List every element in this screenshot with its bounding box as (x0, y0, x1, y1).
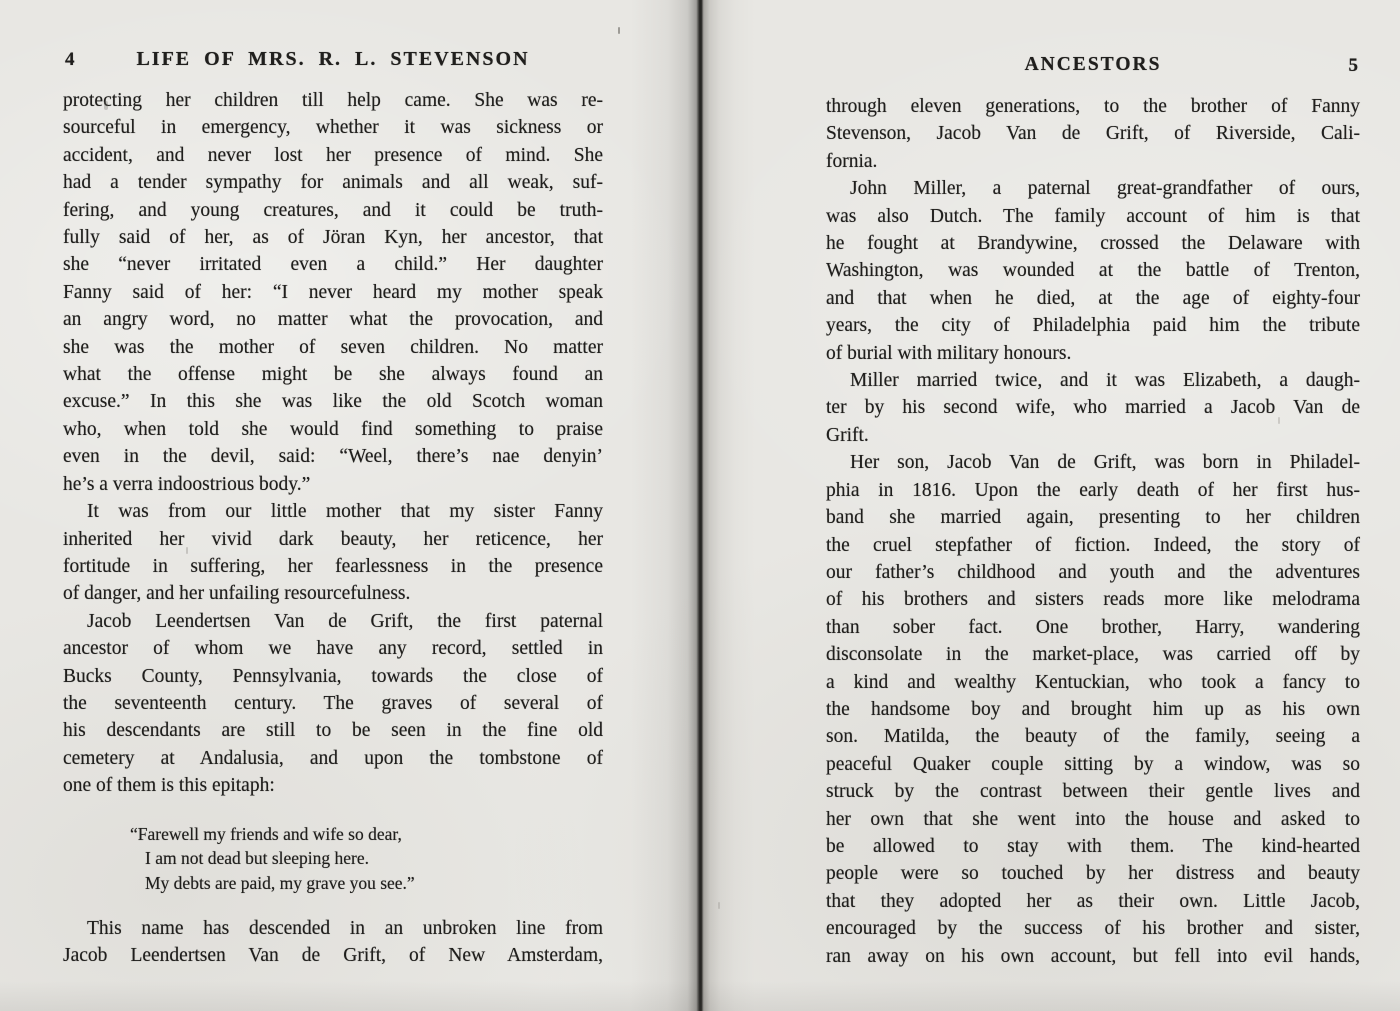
text-line: had a tender sympathy for animals and al… (63, 169, 603, 196)
paragraph: Miller married twice, and it was Elizabe… (826, 367, 1360, 449)
text-line: be allowed to stay with them. The kind-h… (826, 833, 1360, 860)
text-line: My debts are paid, my grave you see.” (145, 871, 603, 896)
text-line: phia in 1816. Upon the early death of he… (826, 477, 1360, 504)
text-line: Miller married twice, and it was Elizabe… (826, 367, 1360, 394)
epitaph-verse: “Farewell my friends and wife so dear,I … (145, 822, 603, 896)
text-line: band she married again, presenting to he… (826, 504, 1360, 531)
text-line: Jacob Leendertsen Van de Grift, of New A… (63, 942, 603, 969)
paragraph: John Miller, a paternal great-grandfathe… (826, 175, 1360, 367)
bottom-shadow (0, 981, 1400, 1011)
page-header-right: ANCESTORS 5 (826, 54, 1360, 81)
scan-speckles (618, 27, 620, 34)
paragraph: This name has descended in an unbroken l… (63, 915, 603, 970)
text-line: fully said of her, as of Jöran Kyn, her … (63, 224, 603, 251)
text-line: It was from our little mother that my si… (63, 498, 603, 525)
text-line: accident, and never lost her presence of… (63, 142, 603, 169)
running-title-right: ANCESTORS (826, 54, 1360, 76)
text-line: This name has descended in an unbroken l… (63, 915, 603, 942)
text-line: Her son, Jacob Van de Grift, was born in… (826, 449, 1360, 476)
text-line: her own that she went into the house and… (826, 806, 1360, 833)
text-line: even in the devil, said: “Weel, there’s … (63, 443, 603, 470)
text-line: Fanny said of her: “I never heard my mot… (63, 279, 603, 306)
text-line: disconsolate in the market-place, was ca… (826, 641, 1360, 668)
text-line: years, the city of Philadelphia paid him… (826, 312, 1360, 339)
page-right: ANCESTORS 5 through eleven generations, … (826, 54, 1360, 970)
text-line: a kind and wealthy Kentuckian, who took … (826, 669, 1360, 696)
text-line: sourceful in emergency, whether it was s… (63, 114, 603, 141)
text-line: and that when he died, at the age of eig… (826, 285, 1360, 312)
text-line: son. Matilda, the beauty of the family, … (826, 723, 1360, 750)
running-title-left: LIFE OF MRS. R. L. STEVENSON (63, 48, 603, 71)
page-body-left: protecting her children till help came. … (63, 87, 603, 970)
page-body-right: through eleven generations, to the broth… (826, 93, 1360, 970)
paragraph: through eleven generations, to the broth… (826, 93, 1360, 175)
paragraph: Jacob Leendertsen Van de Grift, the firs… (63, 608, 603, 800)
text-line: through eleven generations, to the broth… (826, 93, 1360, 120)
text-line: his descendants are still to be seen in … (63, 717, 603, 744)
text-line: Grift. (826, 422, 1360, 449)
text-line: fering, and young creatures, and it coul… (63, 197, 603, 224)
text-line: than sober fact. One brother, Harry, wan… (826, 614, 1360, 641)
text-line: who, when told she would find something … (63, 416, 603, 443)
text-line: of danger, and her unfailing resourceful… (63, 580, 603, 607)
text-line: she “never irritated even a child.” Her … (63, 251, 603, 278)
text-line: the handsome boy and brought him up as h… (826, 696, 1360, 723)
text-line: “Farewell my friends and wife so dear, (145, 822, 603, 847)
text-line: protecting her children till help came. … (63, 87, 603, 114)
text-line: people were so touched by her distress a… (826, 860, 1360, 887)
text-line: ter by his second wife, who married a Ja… (826, 394, 1360, 421)
text-line: fortitude in suffering, her fearlessness… (63, 553, 603, 580)
text-line: peaceful Quaker couple sitting by a wind… (826, 751, 1360, 778)
text-line: Stevenson, Jacob Van de Grift, of Rivers… (826, 120, 1360, 147)
text-line: excuse.” In this she was like the old Sc… (63, 388, 603, 415)
page-number-left: 4 (65, 49, 75, 71)
text-line: encouraged by the success of his brother… (826, 915, 1360, 942)
text-line: what the offense might be she always fou… (63, 361, 603, 388)
text-line: ancestor of whom we have any record, set… (63, 635, 603, 662)
text-line: the cruel stepfather of fiction. Indeed,… (826, 532, 1360, 559)
page-header-left: 4 LIFE OF MRS. R. L. STEVENSON (63, 48, 603, 75)
paragraph: Her son, Jacob Van de Grift, was born in… (826, 449, 1360, 970)
text-line: inherited her vivid dark beauty, her ret… (63, 526, 603, 553)
text-line: ran away on his own account, but fell in… (826, 943, 1360, 970)
text-line: fornia. (826, 148, 1360, 175)
book-scan: 4 LIFE OF MRS. R. L. STEVENSON protectin… (0, 0, 1400, 1011)
text-line: he fought at Brandywine, crossed the Del… (826, 230, 1360, 257)
book-gutter (630, 0, 755, 1011)
text-line: one of them is this epitaph: (63, 772, 603, 799)
text-line: an angry word, no matter what the provoc… (63, 306, 603, 333)
text-line: struck by the contrast between their gen… (826, 778, 1360, 805)
text-line: that they adopted her as their own. Litt… (826, 888, 1360, 915)
text-line: Washington, was wounded at the battle of… (826, 257, 1360, 284)
text-line: she was the mother of seven children. No… (63, 334, 603, 361)
text-line: our father’s childhood and youth and the… (826, 559, 1360, 586)
text-line: was also Dutch. The family account of hi… (826, 203, 1360, 230)
paragraph: It was from our little mother that my si… (63, 498, 603, 608)
text-line: cemetery at Andalusia, and upon the tomb… (63, 745, 603, 772)
text-line: of burial with military honours. (826, 340, 1360, 367)
text-line: he’s a verra indoostrious body.” (63, 471, 603, 498)
paragraph: protecting her children till help came. … (63, 87, 603, 498)
text-line: of his brothers and sisters reads more l… (826, 586, 1360, 613)
text-line: Bucks County, Pennsylvania, towards the … (63, 663, 603, 690)
page-left: 4 LIFE OF MRS. R. L. STEVENSON protectin… (63, 48, 603, 970)
text-line: the seventeenth century. The graves of s… (63, 690, 603, 717)
page-number-right: 5 (1349, 55, 1359, 77)
text-line: John Miller, a paternal great-grandfathe… (826, 175, 1360, 202)
text-line: I am not dead but sleeping here. (145, 846, 603, 871)
text-line: Jacob Leendertsen Van de Grift, the firs… (63, 608, 603, 635)
